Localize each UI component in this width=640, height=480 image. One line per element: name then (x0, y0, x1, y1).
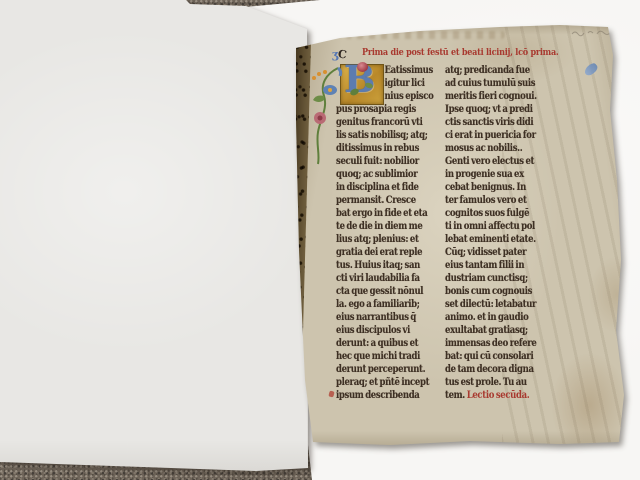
blank-facing-page (0, 0, 310, 478)
manuscript-text-line: la. ego a familiarib; (336, 298, 447, 311)
manuscript-text-line: Cūq; vidisset pater (445, 246, 556, 259)
manuscript-text-line: Ipse quoq; vt a predi (445, 103, 556, 116)
manuscript-text-line: tus est prole. Tu au (445, 376, 556, 389)
manuscript-text-line: cognitos suos fulgē (445, 207, 556, 220)
manuscript-text-line: dustriam cunctisq; (445, 272, 556, 285)
manuscript-text-line: meritis fieri cognoui. (445, 90, 556, 103)
manuscript-text-line: in disciplina et fide (336, 181, 447, 194)
manuscript-text-line: pleraq; et pñtē incept (336, 376, 447, 389)
parchment-shadow-wrap: ʒC Prima die post festū et beati licinij… (292, 22, 630, 448)
manuscript-text-line: immensas deo refere (445, 337, 556, 350)
manuscript-text-line: genitus francorū vti (336, 116, 447, 129)
manuscript-text-line: permansit. Cresce (336, 194, 447, 207)
manuscript-text-line: ad cuius tumulū suis (445, 77, 556, 90)
manuscript-text-line: cebat benignus. In (445, 181, 556, 194)
manuscript-text-line: te de die in diem me (336, 220, 447, 233)
manuscript-text-line: lius atq; plenius: et (336, 233, 447, 246)
manuscript-text-line: tus. Huius itaq; san (336, 259, 447, 272)
ink-offset-smudge (345, 31, 505, 39)
manuscript-text-line: bonis cum cognouis (445, 285, 556, 298)
manuscript-text-line: ti in omni affectu pol (445, 220, 556, 233)
text-column-left: Eatissimusigitur licinius episcopus pros… (336, 64, 447, 402)
manuscript-text-line: ci erat in puericia for (445, 129, 556, 142)
manuscript-text-line: lebat eminenti etate. (445, 233, 556, 246)
manuscript-text-line: ditissimus in rebus (336, 142, 447, 155)
text-column-right: atq; predicanda fuead cuius tumulū suism… (445, 64, 556, 389)
manuscript-text-line: seculi fuit: nobilior (336, 155, 447, 168)
manuscript-text-line: eius tantam filii in (445, 259, 556, 272)
manuscript-text-line: pus prosapia regis (336, 103, 447, 116)
lectio-secunda-rubric: Lectio secūda. (467, 390, 530, 401)
manuscript-text-line: ter famulos vero et (445, 194, 556, 207)
manuscript-text-line: atq; predicanda fue (445, 64, 556, 77)
manuscript-text-line: cti viri laudabilia fa (336, 272, 447, 285)
rubric-heading: Prima die post festū et beati licinij, l… (362, 47, 549, 58)
faint-corner-inscription (570, 27, 618, 39)
parchment-leaf: ʒC Prima die post festū et beati licinij… (292, 22, 630, 448)
manuscript-text-line: derunt: a quibus et (336, 337, 447, 350)
manuscript-text-line: lis satis nobilisq; atq; (336, 129, 447, 142)
manuscript-text-line: ipsum describenda (336, 389, 447, 402)
manuscript-text-line: nius episco (336, 90, 447, 103)
manuscript-text-line: bat: qui cū consolari (445, 350, 556, 363)
manuscript-text-line: set dilectū: letabatur (445, 298, 556, 311)
manuscript-text-line: in progenie sua ex (445, 168, 556, 181)
manuscript-text-line: gratia dei erat reple (336, 246, 447, 259)
left-page-shadow-wrap (0, 0, 310, 478)
manuscript-text-line: mosus ac nobilis.. (445, 142, 556, 155)
manuscript-photo-scene: ʒC Prima die post festū et beati licinij… (0, 0, 640, 480)
manuscript-text-line: igitur lici (336, 77, 447, 90)
red-margin-mark (328, 390, 334, 397)
manuscript-text-line: exultabat gratiasq; (445, 324, 556, 337)
manuscript-text-line: quoq; ac sublimior (336, 168, 447, 181)
closing-black-text: tem. (445, 390, 467, 401)
manuscript-text-line: Genti vero electus et (445, 155, 556, 168)
manuscript-text-line: ctis sanctis viris didi (445, 116, 556, 129)
manuscript-text-line: de tam decora digna (445, 363, 556, 376)
manuscript-text-line: animo. et in gaudio (445, 311, 556, 324)
manuscript-text-line: eius narrantibus q̄ (336, 311, 447, 324)
closing-text-line: tem. Lectio secūda. (445, 389, 529, 402)
manuscript-text-line: cta que gessit nōnul (336, 285, 447, 298)
manuscript-text-line: bat ergo in fide et eta (336, 207, 447, 220)
manuscript-text-line: derunt perceperunt. (336, 363, 447, 376)
manuscript-text-line: Eatissimus (336, 64, 447, 77)
manuscript-text-line: eius discipulos vi (336, 324, 447, 337)
manuscript-text-line: hec que michi tradi (336, 350, 447, 363)
